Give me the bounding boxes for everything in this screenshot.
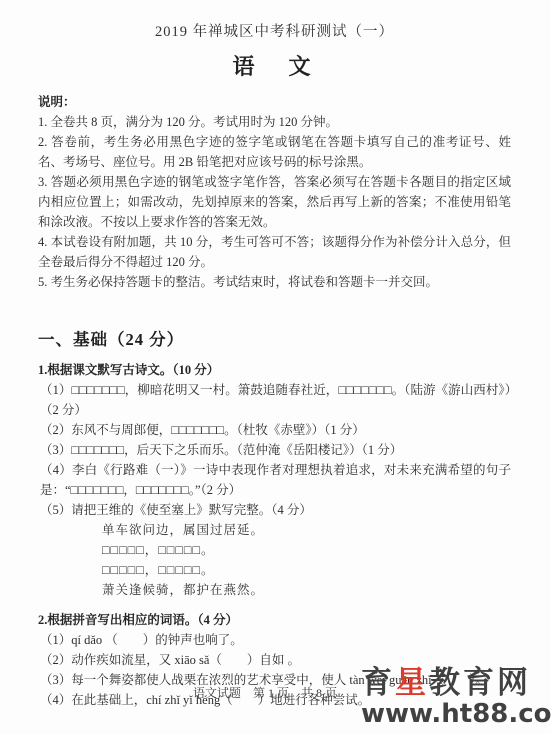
question-1: 1.根据课文默写古诗文。（10 分） （1）□□□□□□□，柳暗花明又一村。箫鼓…: [38, 360, 511, 600]
instructions-heading: 说明：: [38, 92, 511, 112]
question-1-item-3: （3）□□□□□□□，后天下之乐而乐。（范仲淹《岳阳楼记》）（1 分）: [38, 440, 511, 460]
question-1-stem: 1.根据课文默写古诗文。（10 分）: [38, 360, 511, 380]
exam-title: 2019 年禅城区中考科研测试（一）: [38, 20, 511, 41]
poem-line-2: □□□□□，□□□□□。: [102, 540, 511, 560]
instruction-item-3: 3. 答题必须用黑色字迹的钢笔或签字笔作答，答案必须写在答题卡各题目的指定区域内…: [38, 172, 511, 232]
watermark-star: 星: [395, 665, 429, 701]
question-1-item-2: （2）东风不与周郎便，□□□□□□□。（杜牧《赤壁》）（1 分）: [38, 420, 511, 440]
question-1-item-5: （5）请把王维的《使至塞上》默写完整。（4 分）: [38, 500, 511, 520]
question-1-item-4: （4）李白《行路难（一）》一诗中表现作者对理想执着追求，对未来充满希望的句子是：…: [38, 460, 511, 500]
page-footer: 语文试题 第 1 页 共 8 页: [193, 684, 337, 701]
poem-completion-block: 单车欲问边，属国过居延。 □□□□□，□□□□□。 □□□□□，□□□□□。 萧…: [38, 520, 511, 600]
instruction-item-2: 2. 答卷前，考生务必用黑色字迹的签字笔或钢笔在答题卡填写自己的准考证号、姓名、…: [38, 132, 511, 172]
poem-line-4: 萧关逢候骑，都护在燕然。: [102, 580, 511, 600]
question-2-item-1: （1）qí dǎo （ ）的钟声也响了。: [38, 630, 511, 650]
instructions-block: 说明： 1. 全卷共 8 页，满分为 120 分。考试用时为 120 分钟。 2…: [38, 92, 511, 292]
watermark-site-name: 育星教育网: [361, 668, 551, 699]
poem-line-1: 单车欲问边，属国过居延。: [102, 520, 511, 540]
watermark-char-yu: 育: [361, 665, 395, 701]
subject-title: 语 文: [38, 50, 511, 81]
instruction-item-1: 1. 全卷共 8 页，满分为 120 分。考试用时为 120 分钟。: [38, 112, 511, 132]
instruction-item-5: 5. 考生务必保持答题卡的整洁。考试结束时，将试卷和答题卡一并交回。: [38, 272, 511, 292]
watermark-chars-rest: 教育网: [429, 665, 531, 701]
question-2-stem: 2.根据拼音写出相应的词语。（4 分）: [38, 610, 511, 630]
question-1-item-1: （1）□□□□□□□，柳暗花明又一村。箫鼓追随春社近，□□□□□□□。（陆游《游…: [38, 380, 511, 420]
instruction-item-4: 4. 本试卷设有附加题，共 10 分，考生可答可不答；该题得分作为补偿分计入总分…: [38, 232, 511, 272]
watermark-url: www.ht88.com: [361, 701, 551, 727]
exam-paper-page: 2019 年禅城区中考科研测试（一） 语 文 说明： 1. 全卷共 8 页，满分…: [0, 0, 551, 734]
section-heading-basics: 一、基础（24 分）: [38, 326, 511, 350]
watermark-logo: 育星教育网 www.ht88.com: [361, 668, 551, 727]
poem-line-3: □□□□□，□□□□□。: [102, 560, 511, 580]
